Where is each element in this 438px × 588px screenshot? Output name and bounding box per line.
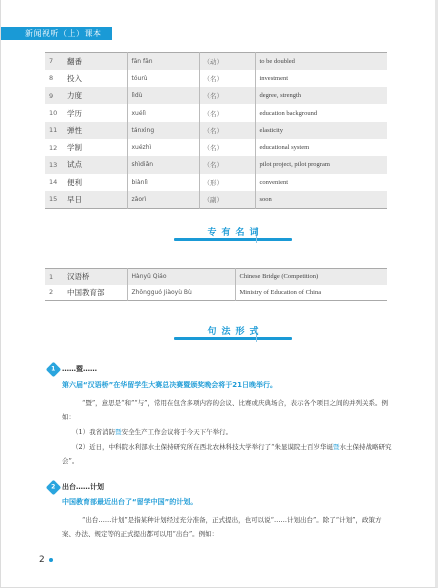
english-cell: degree, strength bbox=[255, 87, 387, 104]
section-title-text: 专有名词 bbox=[202, 228, 263, 238]
table-row: 8 投入 tóurù （名） investment bbox=[45, 70, 387, 87]
pinyin-cell: lìdù bbox=[127, 87, 199, 104]
english-cell: pilot project, pilot program bbox=[255, 156, 387, 173]
hanzi-cell: 早日 bbox=[63, 191, 127, 208]
pinyin-cell: xuézhì bbox=[127, 139, 199, 156]
english-cell: Chinese Bridge (Competition) bbox=[235, 269, 387, 285]
pos-cell: （副） bbox=[199, 191, 255, 208]
table-row: 7 翻番 fān fān （动） to be doubled bbox=[45, 53, 387, 70]
table-row: 10 学历 xuélì （名） education background bbox=[45, 104, 387, 121]
pinyin-cell: tóurù bbox=[127, 70, 199, 87]
row-number: 13 bbox=[45, 156, 63, 173]
vocabulary-table: 7 翻番 fān fān （动） to be doubled 8 投入 tóur… bbox=[45, 52, 387, 209]
table-row: 11 弹性 tánxìng （名） elasticity bbox=[45, 122, 387, 139]
number-badge-icon: 2 bbox=[46, 479, 62, 495]
proper-nouns-table: 1 汉语桥 Hànyǔ Qiáo Chinese Bridge (Competi… bbox=[45, 268, 387, 301]
grammar-item-1-example-1: （1）我省消防暨安全生产工作会议将于今天下午举行。 bbox=[62, 425, 392, 439]
hanzi-cell: 弹性 bbox=[63, 122, 127, 139]
heading-underline bbox=[174, 337, 292, 340]
row-number: 1 bbox=[45, 269, 63, 285]
grammar-item-1-explanation: “暨”，意思是“和”“与”，常用在包含多项内容的会议、比赛或庆典场合，表示各个项… bbox=[62, 396, 392, 424]
grammar-item-1-example: 第六届“汉语桥”在华留学生大赛总决赛暨颁奖晚会将于21日晚举行。 bbox=[62, 380, 277, 390]
pos-cell: （名） bbox=[199, 87, 255, 104]
pinyin-cell: xuélì bbox=[127, 104, 199, 121]
table-row: 14 便利 biànlì （形） convenient bbox=[45, 174, 387, 191]
pinyin-cell: biànlì bbox=[127, 174, 199, 191]
pinyin-cell: Zhōngguó Jiàoyù Bù bbox=[127, 285, 235, 301]
grammar-item-2-explanation: “出台……计划”是指某种计划经过充分准备，正式提出，也可以说“……计划出台”。除… bbox=[62, 513, 392, 541]
english-cell: to be doubled bbox=[255, 53, 387, 70]
pos-cell: （动） bbox=[199, 53, 255, 70]
table-row: 12 学制 xuézhì （名） educational system bbox=[45, 139, 387, 156]
hanzi-cell: 翻番 bbox=[63, 53, 127, 70]
hanzi-cell: 学制 bbox=[63, 139, 127, 156]
table-row: 13 试点 shìdiǎn （名） pilot project, pilot p… bbox=[45, 156, 387, 173]
hanzi-cell: 便利 bbox=[63, 174, 127, 191]
row-number: 11 bbox=[45, 122, 63, 139]
row-number: 14 bbox=[45, 174, 63, 191]
grammar-item-1-example-2: （2）近日，中科院水利部水土保持研究所在西北农林科技大学举行了“朱显谟院士百岁华… bbox=[62, 440, 392, 468]
table-row: 2 中国教育部 Zhōngguó Jiàoyù Bù Ministry of E… bbox=[45, 285, 387, 301]
table-row: 1 汉语桥 Hànyǔ Qiáo Chinese Bridge (Competi… bbox=[45, 269, 387, 285]
number-badge-icon: 1 bbox=[46, 361, 62, 377]
grammar-item-2-example: 中国教育部最近出台了“留学中国”的计划。 bbox=[62, 497, 197, 507]
row-number: 9 bbox=[45, 87, 63, 104]
grammar-item-1-heading: 1 ……暨…… bbox=[62, 364, 97, 374]
pos-cell: （名） bbox=[199, 139, 255, 156]
pinyin-cell: shìdiǎn bbox=[127, 156, 199, 173]
hanzi-cell: 学历 bbox=[63, 104, 127, 121]
table-row: 15 早日 zǎorì （副） soon bbox=[45, 191, 387, 208]
book-title-band: 新闻视听（上）课本 bbox=[1, 27, 112, 40]
english-cell: elasticity bbox=[255, 122, 387, 139]
english-cell: convenient bbox=[255, 174, 387, 191]
table-row: 9 力度 lìdù （名） degree, strength bbox=[45, 87, 387, 104]
pinyin-cell: Hànyǔ Qiáo bbox=[127, 269, 235, 285]
hanzi-cell: 力度 bbox=[63, 87, 127, 104]
page-number: 2 bbox=[39, 555, 53, 565]
grammar-heading: 句法形式 bbox=[174, 324, 292, 340]
hanzi-cell: 投入 bbox=[63, 70, 127, 87]
grammar-item-2-heading: 2 出台……计划 bbox=[62, 482, 104, 492]
english-cell: soon bbox=[255, 191, 387, 208]
row-number: 12 bbox=[45, 139, 63, 156]
pinyin-cell: fān fān bbox=[127, 53, 199, 70]
row-number: 15 bbox=[45, 191, 63, 208]
row-number: 10 bbox=[45, 104, 63, 121]
english-cell: educational system bbox=[255, 139, 387, 156]
english-cell: investment bbox=[255, 70, 387, 87]
english-cell: Ministry of Education of China bbox=[235, 285, 387, 301]
page-dot-icon bbox=[49, 558, 53, 562]
textbook-page: 新闻视听（上）课本 7 翻番 fān fān （动） to be doubled… bbox=[0, 0, 438, 588]
pattern-text: ……暨…… bbox=[62, 364, 97, 374]
hanzi-cell: 中国教育部 bbox=[63, 285, 127, 301]
row-number: 7 bbox=[45, 53, 63, 70]
hanzi-cell: 汉语桥 bbox=[63, 269, 127, 285]
pos-cell: （名） bbox=[199, 104, 255, 121]
pos-cell: （名） bbox=[199, 156, 255, 173]
row-number: 8 bbox=[45, 70, 63, 87]
pos-cell: （名） bbox=[199, 122, 255, 139]
english-cell: education background bbox=[255, 104, 387, 121]
pos-cell: （形） bbox=[199, 174, 255, 191]
pinyin-cell: zǎorì bbox=[127, 191, 199, 208]
section-title-text: 句法形式 bbox=[202, 327, 263, 337]
heading-underline bbox=[174, 238, 292, 241]
pinyin-cell: tánxìng bbox=[127, 122, 199, 139]
proper-nouns-heading: 专有名词 bbox=[174, 225, 292, 241]
pos-cell: （名） bbox=[199, 70, 255, 87]
hanzi-cell: 试点 bbox=[63, 156, 127, 173]
row-number: 2 bbox=[45, 285, 63, 301]
pattern-text: 出台……计划 bbox=[62, 482, 104, 492]
